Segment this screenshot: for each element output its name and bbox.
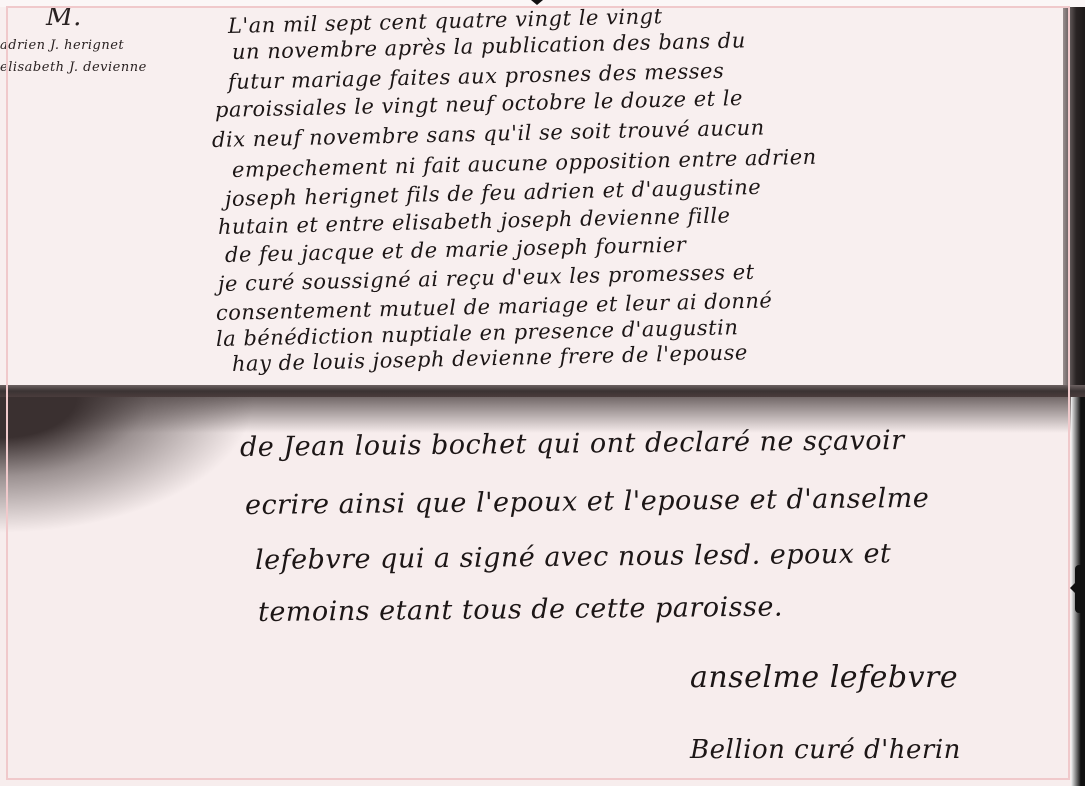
page-edge-shadow <box>1063 7 1085 389</box>
caret-left-icon[interactable] <box>1075 565 1085 613</box>
margin-note-bride: elisabeth J. devienne <box>0 60 147 75</box>
caret-down-icon[interactable] <box>531 0 543 5</box>
page-divider <box>0 385 1085 397</box>
register-line: temoins etant tous de cette paroisse. <box>258 592 783 628</box>
signature-witness: anselme lefebvre <box>690 660 958 695</box>
margin-note-groom: adrien J. herignet <box>0 38 124 53</box>
corner-shadow <box>0 397 300 557</box>
entry-number: M. <box>46 2 82 32</box>
signature-priest: Bellion curé d'herin <box>690 735 961 765</box>
